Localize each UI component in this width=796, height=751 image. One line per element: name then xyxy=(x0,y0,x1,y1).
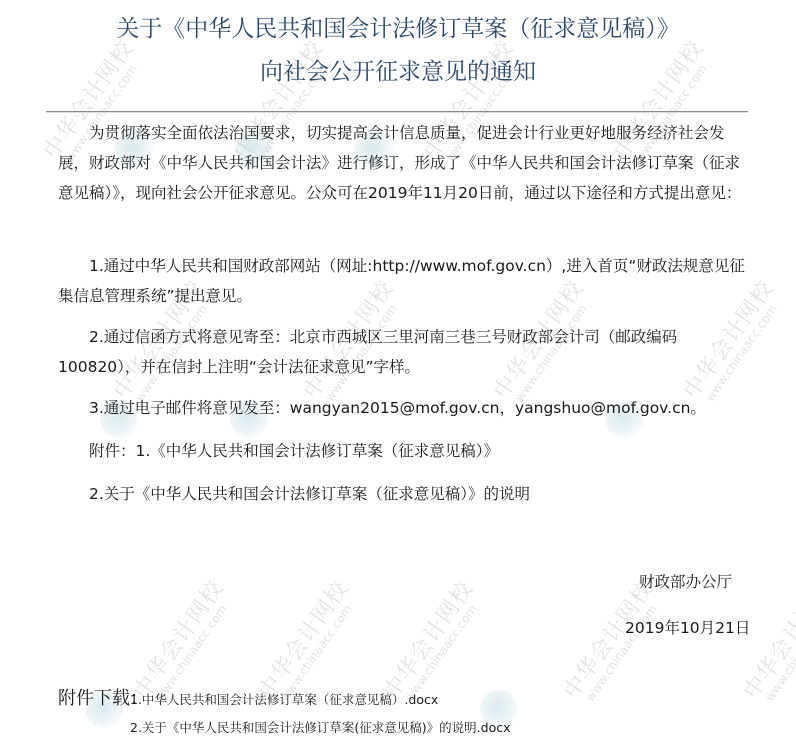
attachment-2: 2.关于《中华人民共和国会计法修订草案（征求意见稿）》的说明 xyxy=(58,479,748,509)
issue-date: 2019年10月21日 xyxy=(625,616,750,638)
title-divider xyxy=(46,111,748,112)
intro-paragraph: 为贯彻落实全面依法治国要求，切实提高会计信息质量，促进会计行业更好地服务经济社会… xyxy=(58,118,748,208)
document-title: 关于《中华人民共和国会计法修订草案（征求意见稿）》 xyxy=(0,10,796,43)
watermark: 中华会计网校www.chinaacc.com xyxy=(740,577,796,711)
watermark: 中华会计网校www.chinaacc.com xyxy=(560,577,668,711)
attachment-1: 附件：1.《中华人民共和国会计法修订草案（征求意见稿）》 xyxy=(58,436,748,466)
issuer: 财政部办公厅 xyxy=(639,570,732,592)
download-link-draft[interactable]: 1.中华人民共和国会计法修订草案（征求意见稿）.docx xyxy=(130,690,438,708)
method-2: 2.通过信函方式将意见寄至：北京市西城区三里河南三巷三号财政部会计司（邮政编码1… xyxy=(58,322,748,382)
download-link-explanation[interactable]: 2.关于《中华人民共和国会计法修订草案(征求意见稿)》的说明.docx xyxy=(130,718,511,736)
method-3: 3.通过电子邮件将意见发至：wangyan2015@mof.gov.cn，yan… xyxy=(58,393,748,423)
document-subtitle: 向社会公开征求意见的通知 xyxy=(0,53,796,86)
method-1: 1.通过中华人民共和国财政部网站（网址:http://www.mof.gov.c… xyxy=(58,251,748,311)
